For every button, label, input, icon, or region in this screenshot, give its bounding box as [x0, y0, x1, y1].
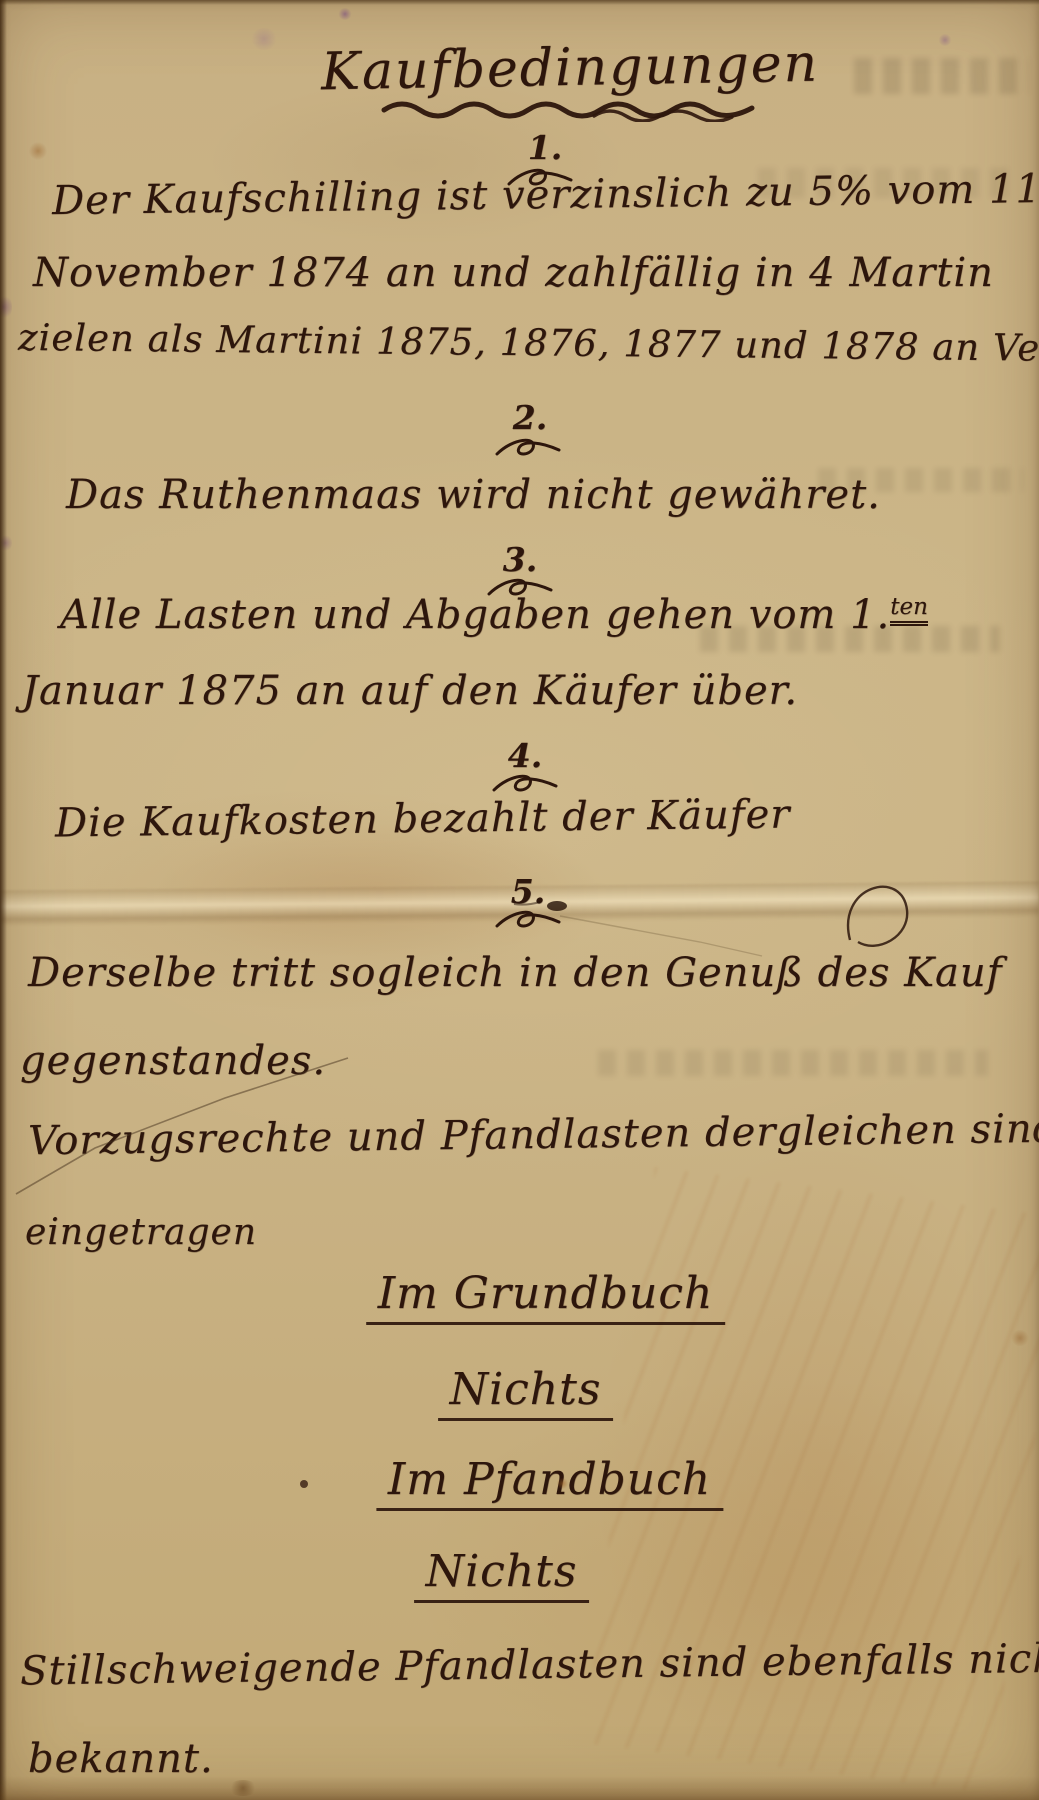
stain	[28, 142, 48, 160]
body-line: Alle Lasten und Abgaben gehen vom 1.ten	[60, 592, 928, 638]
title-underline-flourish	[380, 96, 780, 122]
body-line: Der Kaufschilling ist verzinslich zu 5% …	[52, 166, 1039, 224]
body-line: Januar 1875 an auf den Käufer über.	[22, 668, 798, 714]
stain	[338, 8, 352, 20]
section-number: 2.	[513, 398, 547, 437]
register-value-text: Nichts	[438, 1364, 614, 1421]
stain	[938, 34, 952, 46]
section-number: 5.	[511, 872, 545, 911]
register-value: Nichts	[414, 1546, 590, 1597]
stain	[250, 28, 278, 50]
body-line: Derselbe tritt sogleich in den Genuß des…	[28, 950, 1002, 996]
scanned-document-page: Kaufbedingungen 1. Der Kaufschilling ist…	[0, 0, 1039, 1800]
section-number: 3.	[503, 540, 537, 579]
register-heading-text: Im Grundbuch	[366, 1268, 726, 1325]
section-number: 1.	[528, 128, 562, 167]
page-edge	[0, 1776, 1039, 1800]
register-heading-text: Im Pfandbuch	[376, 1454, 723, 1511]
bleedthrough-text-smudge	[854, 58, 1029, 94]
register-value: Nichts	[438, 1364, 614, 1415]
body-line-text: Alle Lasten und Abgaben gehen vom 1.	[60, 592, 890, 638]
register-heading: Im Grundbuch	[366, 1268, 726, 1319]
stain	[1010, 1330, 1030, 1346]
body-line: eingetragen	[25, 1212, 257, 1253]
document-title: Kaufbedingungen	[320, 34, 819, 103]
body-line: Vorzugsrechte und Pfandlasten dergleiche…	[28, 1106, 1039, 1165]
body-line: November 1874 an und zahlfällig in 4 Mar…	[33, 250, 994, 296]
section-flourish	[493, 908, 563, 934]
ordinal-superscript: ten	[890, 594, 928, 626]
bleedthrough-text-smudge	[598, 1050, 988, 1076]
body-line: zielen als Martini 1875, 1876, 1877 und …	[18, 316, 1039, 371]
register-value-text: Nichts	[414, 1546, 590, 1603]
page-edge	[0, 0, 1039, 5]
page-edge	[0, 0, 7, 1800]
body-line: gegenstandes.	[20, 1038, 326, 1084]
section-number: 4.	[508, 736, 542, 775]
ink-speck	[300, 1480, 308, 1488]
section-flourish	[493, 436, 563, 462]
body-line: Das Ruthenmaas wird nicht gewähret.	[66, 472, 881, 518]
body-line: Stillschweigende Pfandlasten sind ebenfa…	[20, 1636, 1039, 1695]
register-heading: Im Pfandbuch	[376, 1454, 723, 1505]
body-line: Die Kaufkosten bezahlt der Käufer	[55, 792, 791, 847]
